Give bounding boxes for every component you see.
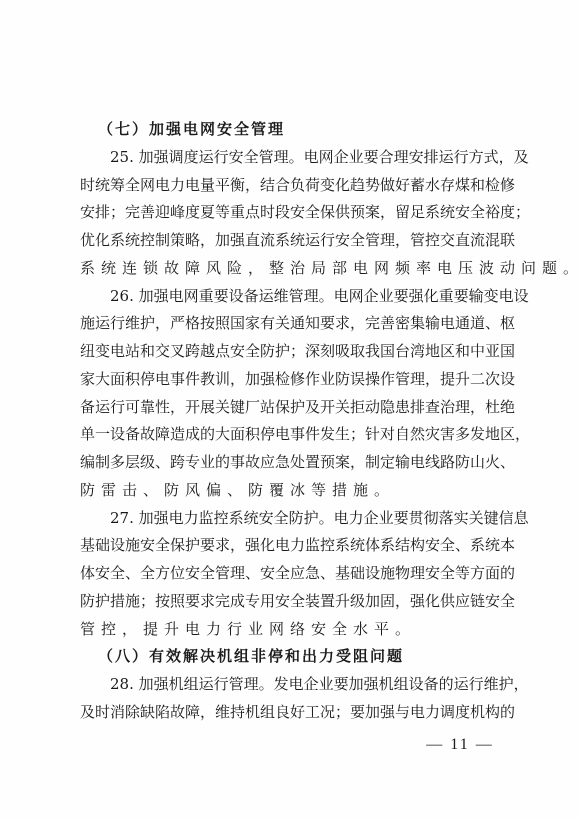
paragraph-25-line-5: 系统连锁故障风险，整治局部电网频率电压波动问题。 bbox=[80, 255, 508, 283]
paragraph-25-line-2: 时统筹全网电力电量平衡，结合负荷变化趋势做好蓄水存煤和检修 bbox=[80, 172, 508, 200]
paragraph-27-line-5: 管控，提升电力行业网络安全水平。 bbox=[80, 616, 508, 644]
paragraph-26-line-8: 防雷击、防风偏、防覆冰等措施。 bbox=[80, 477, 508, 505]
paragraph-26-line-7: 编制多层级、跨专业的事故应急处置预案，制定输电线路防山火、 bbox=[80, 449, 508, 477]
paragraph-27-line-1: 27. 加强电力监控系统安全防护。电力企业要贯彻落实关键信息 bbox=[80, 505, 508, 533]
section-heading-7: （七）加强电网安全管理 bbox=[80, 116, 508, 144]
paragraph-27-line-2: 基础设施安全保护要求，强化电力监控系统体系结构安全、系统本 bbox=[80, 532, 508, 560]
page-body: （七）加强电网安全管理 25. 加强调度运行安全管理。电网企业要合理安排运行方式… bbox=[80, 116, 508, 727]
paragraph-25-line-4: 优化系统控制策略，加强直流系统运行安全管理，管控交直流混联 bbox=[80, 227, 508, 255]
paragraph-25-line-1: 25. 加强调度运行安全管理。电网企业要合理安排运行方式，及 bbox=[80, 144, 508, 172]
paragraph-26-line-1: 26. 加强电网重要设备运维管理。电网企业要强化重要输变电设 bbox=[80, 283, 508, 311]
paragraph-27-line-4: 防护措施；按照要求完成专用安全装置升级加固，强化供应链安全 bbox=[80, 588, 508, 616]
document-page: （七）加强电网安全管理 25. 加强调度运行安全管理。电网企业要合理安排运行方式… bbox=[0, 0, 580, 820]
paragraph-28-line-2: 及时消除缺陷故障，维持机组良好工况；要加强与电力调度机构的 bbox=[80, 699, 508, 727]
paragraph-28-line-1: 28. 加强机组运行管理。发电企业要加强机组设备的运行维护， bbox=[80, 671, 508, 699]
paragraph-26-line-5: 备运行可靠性，开展关键厂站保护及开关拒动隐患排查治理，杜绝 bbox=[80, 394, 508, 422]
paragraph-26-line-6: 单一设备故障造成的大面积停电事件发生；针对自然灾害多发地区， bbox=[80, 421, 508, 449]
section-heading-8: （八）有效解决机组非停和出力受阻问题 bbox=[80, 643, 508, 671]
paragraph-27-line-3: 体安全、全方位安全管理、安全应急、基础设施物理安全等方面的 bbox=[80, 560, 508, 588]
page-number: — 11 — bbox=[420, 736, 500, 754]
paragraph-26-line-3: 纽变电站和交叉跨越点安全防护；深刻吸取我国台湾地区和中亚国 bbox=[80, 338, 508, 366]
paragraph-25-line-3: 安排；完善迎峰度夏等重点时段安全保供预案，留足系统安全裕度； bbox=[80, 199, 508, 227]
paragraph-26-line-2: 施运行维护，严格按照国家有关通知要求，完善密集输电通道、枢 bbox=[80, 310, 508, 338]
paragraph-26-line-4: 家大面积停电事件教训，加强检修作业防误操作管理，提升二次设 bbox=[80, 366, 508, 394]
